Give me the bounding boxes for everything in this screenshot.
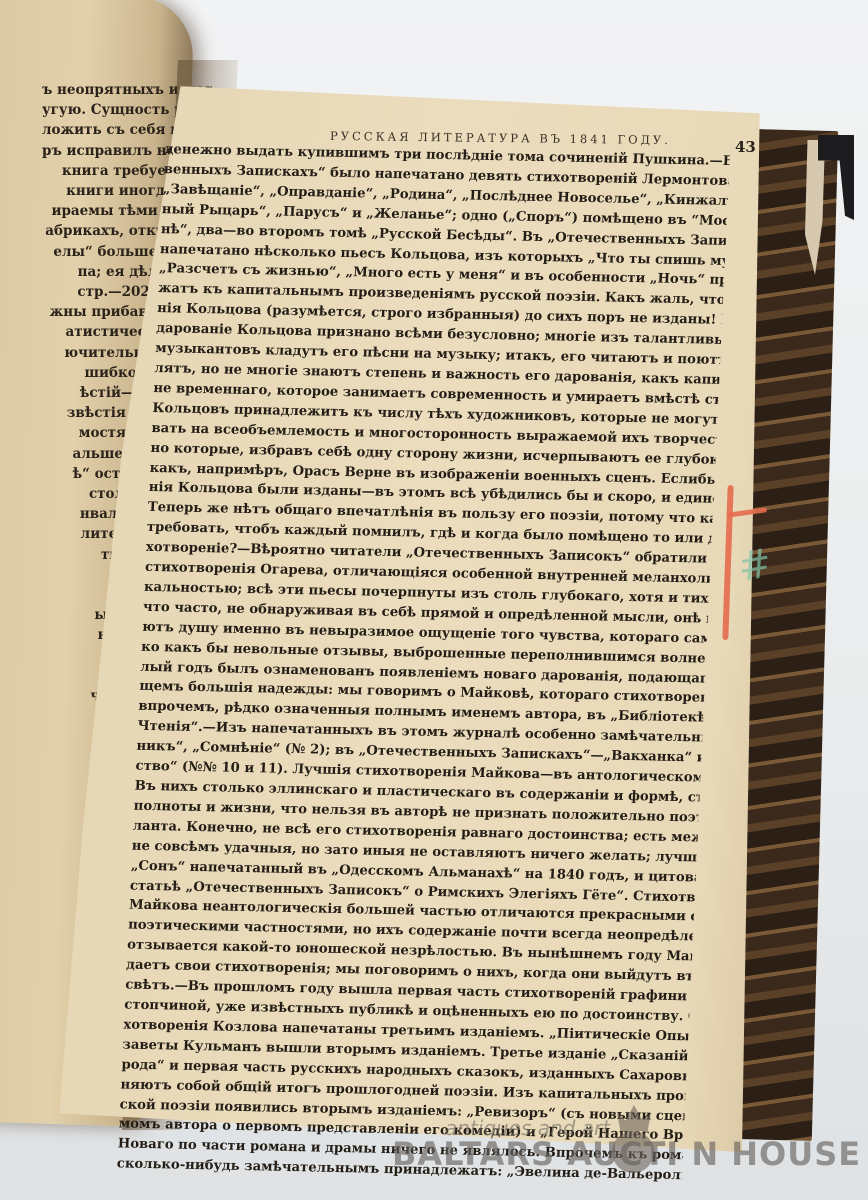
watermark-name: BALTARS AUCTI N HOUSE (392, 1135, 861, 1173)
page-number: 43 (735, 138, 756, 156)
green-pencil-mark-icon: # (734, 537, 782, 593)
page-body-text: денежно выдать купившимъ три послѣдніе т… (116, 140, 730, 1186)
